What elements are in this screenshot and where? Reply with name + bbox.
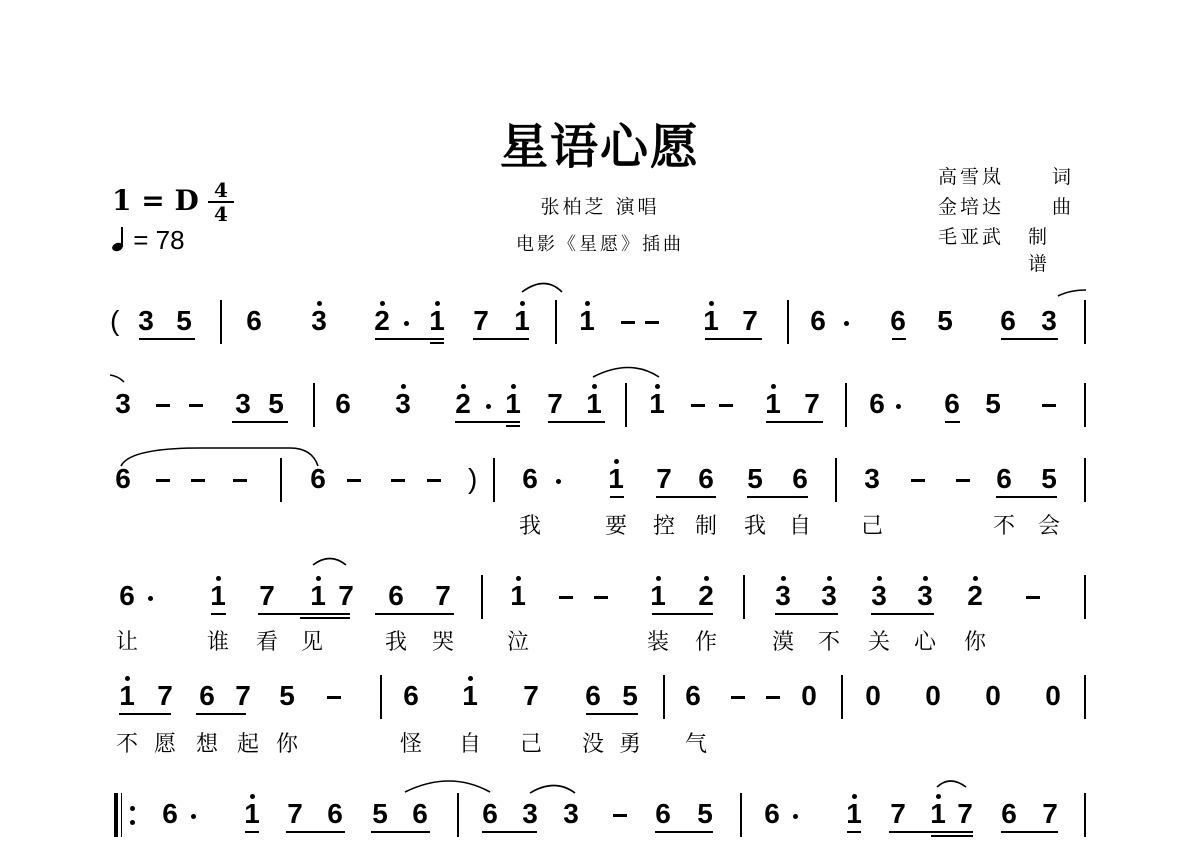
extension-dash [719, 404, 733, 407]
beam-underline [232, 421, 288, 423]
extension-dash [191, 479, 205, 482]
note: 5 [264, 389, 288, 419]
extension-dash [559, 596, 573, 599]
time-signature: 4 4 [208, 180, 234, 224]
beam-underline [1001, 831, 1058, 833]
beam-underline [586, 713, 638, 715]
key-signature: 1 = D [112, 184, 199, 217]
lyric: 让 [115, 625, 139, 656]
note: 6 [158, 799, 182, 829]
barline [740, 793, 742, 837]
note: 5 [933, 306, 957, 336]
lyric: 己 [860, 509, 884, 540]
extension-dash [327, 696, 341, 699]
note: 6 [408, 799, 432, 829]
transcriber-name: 毛亚武 [938, 226, 1004, 248]
note: 6 [997, 799, 1021, 829]
extension-dash [156, 404, 170, 407]
note: 6 [581, 681, 605, 711]
beam-underline [892, 338, 906, 340]
note: 3 [817, 581, 841, 611]
barline [1084, 383, 1086, 427]
lyric: 作 [694, 625, 718, 656]
beam-underline [375, 338, 444, 340]
octave-dot [125, 676, 130, 681]
note: 5 [172, 306, 196, 336]
augmentation-dot [793, 814, 798, 819]
note: 3 [134, 306, 158, 336]
note: 1 [501, 389, 525, 419]
barline [220, 300, 222, 344]
extension-dash [1042, 404, 1056, 407]
note: 1 [646, 581, 670, 611]
barline [1084, 793, 1086, 837]
octave-dot [511, 384, 516, 389]
barline [663, 675, 665, 719]
note: 6 [306, 464, 330, 494]
extension-dash [766, 696, 780, 699]
lyric: 你 [963, 625, 987, 656]
beam-underline [482, 831, 537, 833]
extension-dash [594, 596, 608, 599]
lyric: 我 [384, 625, 408, 656]
lyricist-name: 高雪岚 [938, 166, 1004, 188]
note: 6 [115, 581, 139, 611]
note: 5 [693, 799, 717, 829]
beam-underline [775, 613, 838, 615]
beam-underline [455, 421, 520, 423]
note: 2 [694, 581, 718, 611]
barline [313, 383, 315, 427]
beam-underline [196, 713, 246, 715]
lyric: 要 [604, 509, 628, 540]
octave-dot [877, 576, 882, 581]
lyric: 看 [255, 625, 279, 656]
extension-dash [731, 696, 745, 699]
note: 1 [306, 581, 330, 611]
octave-dot [704, 576, 709, 581]
barline [493, 458, 495, 502]
extension-dash [391, 479, 405, 482]
octave-dot [781, 576, 786, 581]
beam-underline [889, 831, 973, 833]
octave-dot [656, 576, 661, 581]
note: 7 [543, 389, 567, 419]
barline [1084, 300, 1086, 344]
octave-dot [936, 794, 941, 799]
beam-underline [548, 421, 605, 423]
octave-dot [827, 576, 832, 581]
beam-underline [506, 425, 520, 427]
barline [835, 458, 837, 502]
note: 6 [992, 464, 1016, 494]
note: 0 [797, 681, 821, 711]
lyric: 不 [992, 509, 1016, 540]
octave-dot [461, 384, 466, 389]
barline [555, 300, 557, 344]
octave-dot [771, 384, 776, 389]
note: 6 [806, 306, 830, 336]
close-paren: ) [468, 463, 477, 495]
beam-underline [610, 496, 624, 498]
quarter-note-icon [112, 227, 126, 251]
octave-dot [468, 676, 473, 681]
lyric: 怪 [399, 727, 423, 758]
lyric: 勇 [618, 727, 642, 758]
repeat-dot [130, 820, 135, 825]
note: 3 [1037, 306, 1061, 336]
note: 3 [307, 306, 331, 336]
extension-dash [347, 479, 361, 482]
barline [457, 793, 459, 837]
octave-dot [614, 459, 619, 464]
time-sig-top: 4 [208, 180, 234, 200]
note: 1 [206, 581, 230, 611]
note: 6 [788, 464, 812, 494]
beam-underline [258, 613, 350, 615]
octave-dot [709, 301, 714, 306]
note: 6 [760, 799, 784, 829]
extension-dash [911, 479, 925, 482]
note: 6 [242, 306, 266, 336]
note: 7 [153, 681, 177, 711]
note: 6 [399, 681, 423, 711]
beam-underline [1001, 338, 1058, 340]
time-sig-bottom: 4 [208, 204, 234, 224]
note: 7 [255, 581, 279, 611]
note: 6 [651, 799, 675, 829]
beam-underline [656, 496, 716, 498]
note: 0 [1041, 681, 1065, 711]
octave-dot [316, 576, 321, 581]
note: 6 [111, 464, 135, 494]
barline [280, 458, 282, 502]
lyric: 谁 [206, 625, 230, 656]
credits: 高雪岚 词 金培达 曲 毛亚武 制谱 [938, 162, 1004, 252]
lyric: 会 [1037, 509, 1061, 540]
extension-dash [613, 814, 627, 817]
lyric: 自 [458, 727, 482, 758]
beam-underline [473, 338, 529, 340]
note: 1 [761, 389, 785, 419]
repeat-start-thick [114, 793, 118, 837]
note: 0 [921, 681, 945, 711]
barline [625, 383, 627, 427]
note: 1 [575, 306, 599, 336]
barline [1084, 675, 1086, 719]
augmentation-dot [148, 596, 153, 601]
note: 7 [431, 581, 455, 611]
lyric: 制 [694, 509, 718, 540]
tempo-marking: = 78 [112, 225, 185, 256]
note: 1 [842, 799, 866, 829]
beam-underline [871, 613, 934, 615]
note: 2 [963, 581, 987, 611]
note: 1 [425, 306, 449, 336]
note: 6 [518, 464, 542, 494]
note: 2 [370, 306, 394, 336]
extension-dash [1026, 596, 1040, 599]
octave-dot [520, 301, 525, 306]
lyric: 装 [646, 625, 670, 656]
octave-dot [585, 301, 590, 306]
note: 6 [681, 681, 705, 711]
note: 7 [469, 306, 493, 336]
note: 3 [111, 389, 135, 419]
note: 7 [800, 389, 824, 419]
note: 1 [582, 389, 606, 419]
note: 0 [981, 681, 1005, 711]
beam-underline [430, 342, 444, 344]
note: 3 [913, 581, 937, 611]
extension-dash [956, 479, 970, 482]
beam-underline [655, 831, 713, 833]
note: 5 [981, 389, 1005, 419]
note: 5 [618, 681, 642, 711]
note: 3 [518, 799, 542, 829]
lyric: 哭 [431, 625, 455, 656]
transcriber-role: 制谱 [1028, 222, 1050, 276]
beam-underline [652, 613, 713, 615]
octave-dot [592, 384, 597, 389]
note: 1 [699, 306, 723, 336]
note: 1 [645, 389, 669, 419]
octave-dot [317, 301, 322, 306]
octave-dot [250, 794, 255, 799]
lyric: 想 [195, 727, 219, 758]
composer-role: 曲 [1052, 192, 1074, 219]
octave-dot [655, 384, 660, 389]
note: 5 [743, 464, 767, 494]
note: 5 [275, 681, 299, 711]
note: 3 [231, 389, 255, 419]
octave-dot [516, 576, 521, 581]
note: 3 [771, 581, 795, 611]
note: 6 [323, 799, 347, 829]
barline [787, 300, 789, 344]
beam-underline [139, 338, 195, 340]
note: 5 [1037, 464, 1061, 494]
song-title: 星语心愿 [0, 108, 1200, 177]
lyric: 见 [300, 625, 324, 656]
barline [1084, 458, 1086, 502]
note: 3 [867, 581, 891, 611]
repeat-dot [130, 806, 135, 811]
beam-underline [766, 421, 823, 423]
beam-underline [245, 831, 259, 833]
repeat-start-thin [121, 793, 122, 837]
lyric: 漠 [771, 625, 795, 656]
octave-dot [401, 384, 406, 389]
lyric: 不 [817, 625, 841, 656]
composer-name: 金培达 [938, 196, 1004, 218]
note: 6 [195, 681, 219, 711]
augmentation-dot [191, 814, 196, 819]
octave-dot [973, 576, 978, 581]
augmentation-dot [896, 404, 901, 409]
lyric: 控 [652, 509, 676, 540]
beam-underline [705, 338, 762, 340]
lyric: 己 [519, 727, 543, 758]
beam-underline [847, 831, 861, 833]
extension-dash [233, 479, 247, 482]
augmentation-dot [486, 404, 491, 409]
octave-dot [923, 576, 928, 581]
open-paren: ( [110, 305, 119, 337]
augmentation-dot [844, 321, 849, 326]
lyric: 我 [743, 509, 767, 540]
beam-underline [931, 835, 973, 837]
note: 6 [331, 389, 355, 419]
extension-dash [691, 404, 705, 407]
note: 1 [506, 581, 530, 611]
extension-dash [189, 404, 203, 407]
note: 7 [738, 306, 762, 336]
beam-underline [996, 496, 1057, 498]
lyric: 气 [684, 727, 708, 758]
extension-dash [156, 479, 170, 482]
octave-dot [216, 576, 221, 581]
note: 1 [240, 799, 264, 829]
note: 6 [886, 306, 910, 336]
lyric: 愿 [153, 727, 177, 758]
barline [481, 575, 483, 619]
extension-dash [645, 321, 659, 324]
barline [841, 675, 843, 719]
barline [845, 383, 847, 427]
lyric: 泣 [506, 625, 530, 656]
octave-dot [852, 794, 857, 799]
note: 6 [865, 389, 889, 419]
note: 7 [652, 464, 676, 494]
note: 3 [559, 799, 583, 829]
tempo-value: = 78 [133, 225, 184, 255]
beam-underline [286, 831, 345, 833]
note: 6 [940, 389, 964, 419]
lyric: 自 [788, 509, 812, 540]
note: 1 [604, 464, 628, 494]
lyric: 你 [275, 727, 299, 758]
note: 7 [953, 799, 977, 829]
beam-underline [300, 617, 350, 619]
note: 1 [926, 799, 950, 829]
beam-underline [119, 713, 171, 715]
note: 1 [115, 681, 139, 711]
beam-underline [211, 613, 226, 615]
octave-dot [435, 301, 440, 306]
lyric: 起 [236, 727, 260, 758]
lyricist-role: 词 [1052, 162, 1074, 189]
note: 7 [283, 799, 307, 829]
note: 6 [478, 799, 502, 829]
lyric: 心 [913, 625, 937, 656]
extension-dash [427, 479, 441, 482]
note: 7 [519, 681, 543, 711]
lyric: 关 [867, 625, 891, 656]
octave-dot [380, 301, 385, 306]
augmentation-dot [556, 479, 561, 484]
lyric: 不 [115, 727, 139, 758]
note: 3 [391, 389, 415, 419]
extension-dash [621, 321, 635, 324]
note: 1 [510, 306, 534, 336]
note: 5 [368, 799, 392, 829]
beam-underline [371, 831, 430, 833]
lyric: 没 [581, 727, 605, 758]
note: 2 [451, 389, 475, 419]
note: 7 [231, 681, 255, 711]
note: 7 [1038, 799, 1062, 829]
note: 7 [334, 581, 358, 611]
note: 6 [694, 464, 718, 494]
note: 3 [860, 464, 884, 494]
beam-underline [375, 613, 454, 615]
lyric: 我 [518, 509, 542, 540]
barline [743, 575, 745, 619]
note: 6 [996, 306, 1020, 336]
beam-underline [747, 496, 808, 498]
note: 0 [861, 681, 885, 711]
note: 7 [886, 799, 910, 829]
barline [1084, 575, 1086, 619]
beam-underline [945, 421, 960, 423]
augmentation-dot [404, 321, 409, 326]
barline [380, 675, 382, 719]
note: 6 [384, 581, 408, 611]
note: 1 [458, 681, 482, 711]
